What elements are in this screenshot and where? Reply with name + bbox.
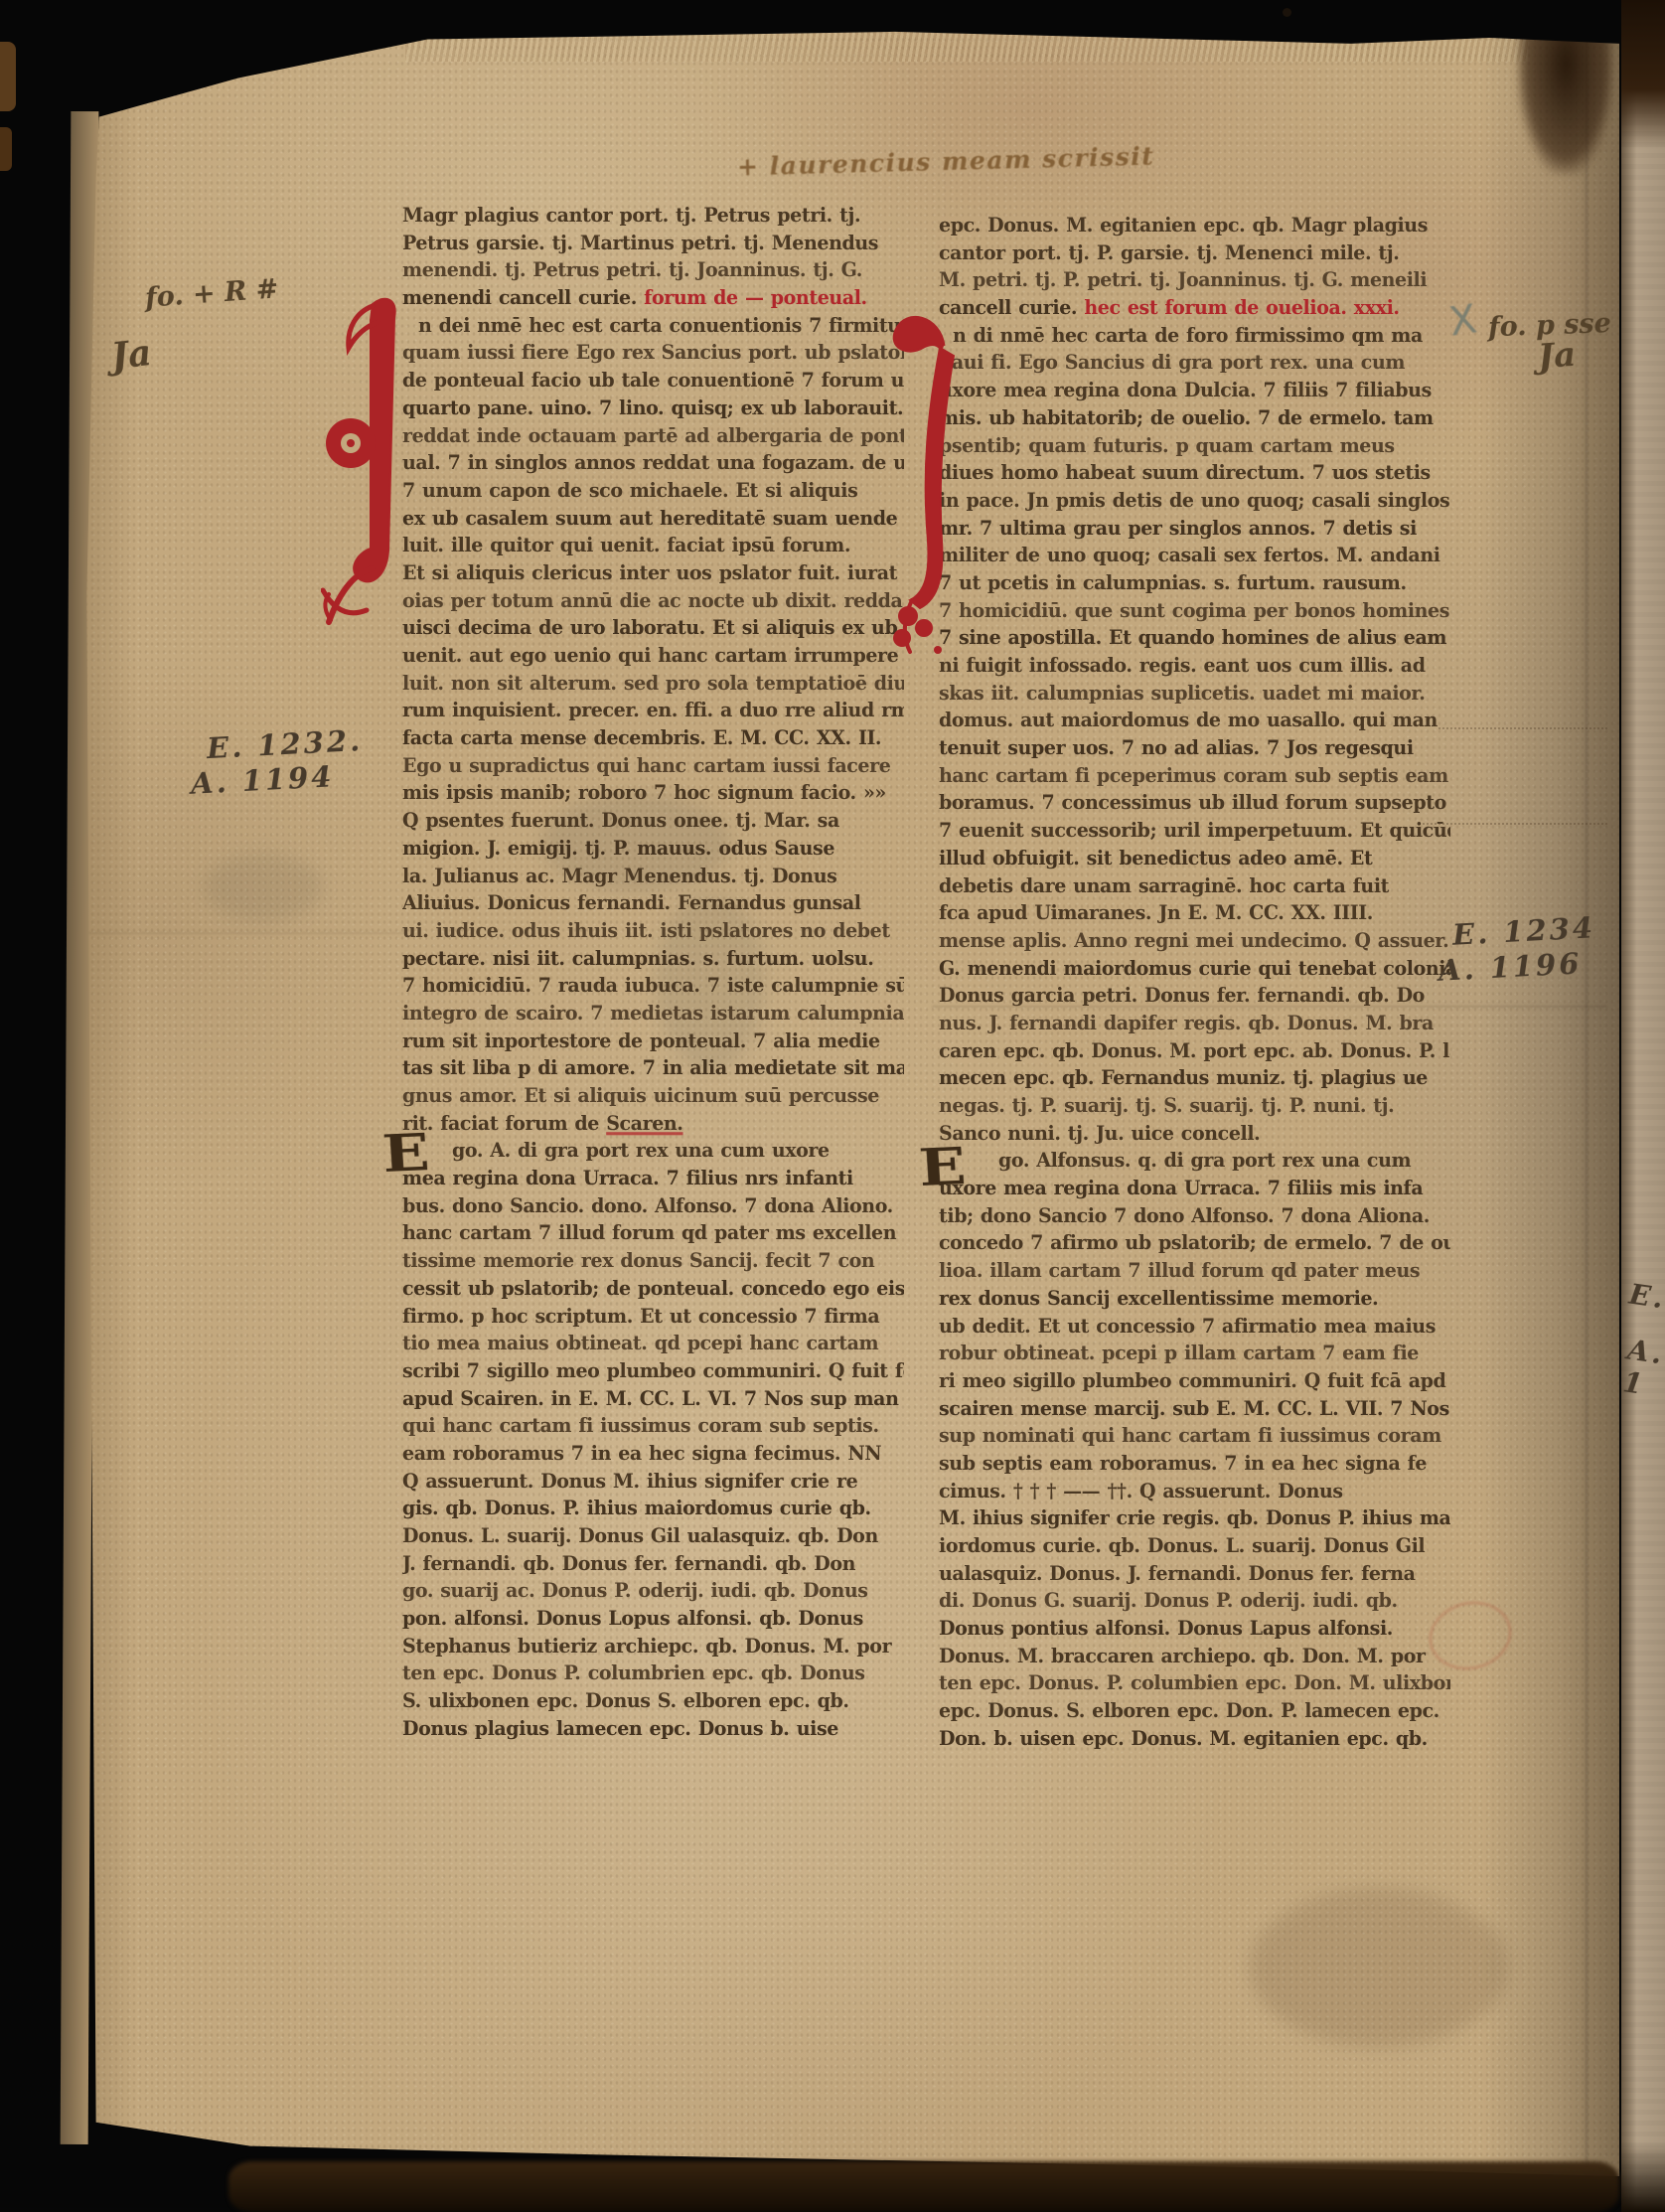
ink-speck <box>1283 8 1291 17</box>
body-ink-text: integro de scairo. 7 medietas istarum ca… <box>402 1003 904 1026</box>
body-ink-text: domus. aut maiordomus de mo uasallo. qui… <box>939 710 1438 732</box>
manuscript-text-line: daui fi. Ego Sancius di gra port rex. un… <box>939 350 1450 379</box>
body-ink-text: qui hanc cartam fi iussimus coram sub se… <box>402 1415 879 1438</box>
manuscript-text-line: ual. 7 in singlos annos reddat una fogaz… <box>402 450 904 479</box>
body-ink-text: debetis dare unam sarraginē. hoc carta f… <box>939 874 1389 897</box>
rubric-red-text: forum de — ponteual. <box>644 287 867 310</box>
manuscript-text-line: mense aplis. Anno regni mei undecimo. Q … <box>939 927 1450 956</box>
manuscript-text-line: debetis dare unam sarraginē. hoc carta f… <box>939 872 1450 901</box>
manuscript-text-line: ten epc. Donus P. columbrien epc. qb. Do… <box>402 1660 904 1689</box>
manuscript-text-line: sub septis eam roboramus. 7 in ea hec si… <box>939 1451 1450 1480</box>
body-ink-text: rum inquisient. precer. en. ffi. a duo r… <box>402 700 904 722</box>
body-ink-text: quarto pane. uino. 7 lino. quisq; ex ub … <box>402 396 903 419</box>
body-ink-text: Q psentes fuerunt. Donus onee. tj. Mar. … <box>402 810 839 833</box>
body-ink-text: J. fernandi. qb. Donus fer. fernandi. qb… <box>402 1552 855 1575</box>
body-ink-text: robur obtineat. pcepi p illam cartam 7 e… <box>939 1343 1419 1365</box>
body-ink-text: Sanco nuni. tj. Ju. uice concell. <box>939 1122 1260 1145</box>
manuscript-text-line: illud obfuigit. sit benedictus adeo amē.… <box>939 845 1450 873</box>
body-ink-text: mense aplis. Anno regni mei undecimo. Q … <box>939 930 1448 953</box>
manuscript-text-line: menendi. tj. Petrus petri. tj. Joanninus… <box>402 257 904 286</box>
manuscript-text-line: Aliuius. Donicus fernandi. Fernandus gun… <box>402 890 904 919</box>
manuscript-text-line: di. Donus G. suarij. Donus P. oderij. iu… <box>939 1588 1450 1617</box>
manuscript-text-line: Stephanus butieriz archiepc. qb. Donus. … <box>402 1633 904 1661</box>
body-ink-text: Donus pontius alfonsi. Donus Lapus alfon… <box>939 1618 1393 1641</box>
manuscript-text-line: epc. Donus. M. egitanien epc. qb. Magr p… <box>939 213 1450 241</box>
manuscript-text-line: Donus plagius lamecen epc. Donus b. uise <box>402 1715 904 1744</box>
text-column-left: Magr plagius cantor port. tj. Petrus pet… <box>402 203 904 1744</box>
manuscript-text-line: tio mea maius obtineat. qd pcepi hanc ca… <box>402 1331 904 1359</box>
anno-date-next-folio: A. 1 <box>1621 1334 1665 1404</box>
body-ink-text: mea regina dona Urraca. 7 filius nrs inf… <box>402 1168 853 1190</box>
body-ink-text: gis. qb. Donus. P. ihius maiordomus curi… <box>402 1498 871 1520</box>
illuminated-initial-I-left <box>321 286 412 628</box>
body-ink-text: fca apud Uimaranes. Jn E. M. CC. XX. III… <box>939 902 1373 925</box>
body-ink-text: ten epc. Donus. P. columbien epc. Don. M… <box>939 1672 1450 1695</box>
manuscript-text-line: Et si aliquis clericus inter uos pslator… <box>402 560 904 589</box>
body-ink-text: tas sit liba p di amore. 7 in alia medie… <box>402 1057 904 1080</box>
manuscript-text-line: rum sit inportestore de ponteual. 7 alia… <box>402 1027 904 1056</box>
manuscript-text-line: Petrus garsie. tj. Martinus petri. tj. M… <box>402 230 904 258</box>
body-ink-text: Ego u supradictus qui hanc cartam iussi … <box>402 754 890 777</box>
body-ink-text: cessit ub pslatorib; de ponteual. conced… <box>402 1277 904 1300</box>
manuscript-text-line: cancell curie. hec est forum de ouelioa.… <box>939 295 1450 324</box>
manuscript-text-line: hanc cartam fi pceperimus coram sub sept… <box>939 762 1450 791</box>
stain-blotch <box>204 853 323 922</box>
body-ink-text: 7 unum capon de sco michaele. Et si aliq… <box>402 480 857 503</box>
next-folio-streaks <box>1621 0 1665 2212</box>
body-ink-text: sub septis eam roboramus. 7 in ea hec si… <box>939 1453 1427 1476</box>
manuscript-text-line: epc. Donus. S. elboren epc. Don. P. lame… <box>939 1698 1450 1727</box>
manuscript-text-line: boramus. 7 concessimus ub illud forum su… <box>939 790 1450 819</box>
manuscript-text-line: Magr plagius cantor port. tj. Petrus pet… <box>402 203 904 232</box>
body-ink-text: mis. ub habitatorib; de ouelio. 7 de erm… <box>939 406 1434 429</box>
manuscript-text-line: M. petri. tj. P. petri. tj. Joanninus. t… <box>939 267 1450 296</box>
manuscript-text-line: ub dedit. Et ut concessio 7 afirmatio me… <box>939 1313 1450 1342</box>
manuscript-text-line: 7 ut pcetis in calumpnias. s. furtum. ra… <box>939 570 1450 599</box>
body-ink-text: lioa. illam cartam 7 illud forum qd pate… <box>939 1260 1420 1283</box>
manuscript-text-line: 7 euenit successorib; uril imperpetuum. … <box>939 818 1450 847</box>
ja-mark-top-left: Ja <box>109 332 154 378</box>
body-ink-text: skas iit. calumpnias suplicetis. uadet m… <box>939 682 1426 705</box>
manuscript-text-line: go. Alfonsus. q. di gra port rex una cum <box>939 1148 1450 1177</box>
body-ink-text: concedo 7 afirmo ub pslatorib; de ermelo… <box>939 1232 1450 1255</box>
manuscript-text-line: S. ulixbonen epc. Donus S. elboren epc. … <box>402 1688 904 1717</box>
body-ink-text: rex donus Sancij excellentissime memorie… <box>939 1287 1378 1310</box>
body-ink-text: G. menendi maiordomus curie qui tenebat … <box>939 957 1450 980</box>
body-ink-text: Donus. L. suarij. Donus Gil ualasquiz. q… <box>402 1525 878 1548</box>
manuscript-text-line: Q psentes fuerunt. Donus onee. tj. Mar. … <box>402 808 904 837</box>
body-ink-text: reddat inde octauam partē ad albergaria … <box>402 424 904 447</box>
manuscript-text-line: migion. J. emigij. tj. P. mauus. odus Sa… <box>402 835 904 864</box>
manuscript-photo-stage: Magr plagius cantor port. tj. Petrus pet… <box>0 0 1665 2212</box>
manuscript-text-line: cantor port. tj. P. garsie. tj. Menenci … <box>939 239 1450 268</box>
manuscript-text-line: J. fernandi. qb. Donus fer. fernandi. qb… <box>402 1550 904 1579</box>
body-ink-text: menendi. tj. Petrus petri. tj. Joanninus… <box>402 259 862 282</box>
manuscript-text-line: 7 homicidiū. 7 rauda iubuca. 7 iste calu… <box>402 973 904 1002</box>
body-ink-text: mecen epc. qb. Fernandus muniz. tj. plag… <box>939 1067 1428 1090</box>
body-ink-text: boramus. 7 concessimus ub illud forum su… <box>939 792 1446 815</box>
manuscript-text-line: uisci decima de uro laboratu. Et si aliq… <box>402 615 904 644</box>
binding-clasp-icon <box>0 127 12 171</box>
manuscript-text-line: mis. ub habitatorib; de ouelio. 7 de erm… <box>939 404 1450 433</box>
body-ink-text: scairen mense marcij. sub E. M. CC. L. V… <box>939 1397 1449 1420</box>
manuscript-text-line: domus. aut maiordomus de mo uasallo. qui… <box>939 708 1450 736</box>
body-ink-text: epc. Donus. M. egitanien epc. qb. Magr p… <box>939 215 1428 237</box>
era-date-next-folio: E. <box>1627 1278 1665 1316</box>
manuscript-text-line: Donus. M. braccaren archiepo. qb. Don. M… <box>939 1643 1450 1671</box>
manuscript-text-line: M. ihius signifer crie regis. qb. Donus … <box>939 1505 1450 1534</box>
manuscript-text-line: ualasquiz. Donus. J. fernandi. Donus fer… <box>939 1560 1450 1589</box>
body-ink-text: M. petri. tj. P. petri. tj. Joanninus. t… <box>939 269 1427 292</box>
body-ink-text: cantor port. tj. P. garsie. tj. Menenci … <box>939 241 1399 264</box>
body-ink-text: rit. faciat forum de <box>402 1112 606 1135</box>
body-ink-text: Don. b. uisen epc. Donus. M. egitanien e… <box>939 1727 1428 1750</box>
body-ink-text: cimus. † † † —— ††. Q assuerunt. Donus <box>939 1480 1343 1502</box>
body-ink-text: Donus. M. braccaren archiepo. qb. Don. M… <box>939 1645 1426 1667</box>
body-ink-text: ri meo sigillo plumbeo communiri. Q fuit… <box>939 1370 1445 1393</box>
manuscript-text-line: in pace. Jn pmis detis de uno quoq; casa… <box>939 487 1450 516</box>
body-ink-text: daui fi. Ego Sancius di gra port rex. un… <box>939 352 1405 375</box>
next-folio-bottom-shadow <box>1621 2142 1665 2212</box>
manuscript-text-line: psentib; quam futuris. p quam cartam meu… <box>939 432 1450 461</box>
manuscript-text-line: 7 sine apostilla. Et quando homines de a… <box>939 625 1450 654</box>
manuscript-text-line: mecen epc. qb. Fernandus muniz. tj. plag… <box>939 1065 1450 1094</box>
body-ink-text: in pace. Jn pmis detis de uno quoq; casa… <box>939 490 1449 513</box>
body-ink-text: menendi cancell curie. <box>402 287 644 310</box>
body-ink-text: nus. J. fernandi dapifer regis. qb. Donu… <box>939 1013 1434 1035</box>
manuscript-text-line: cimus. † † † —— ††. Q assuerunt. Donus <box>939 1478 1450 1506</box>
manuscript-text-line: bus. dono Sancio. dono. Alfonso. 7 dona … <box>402 1192 904 1221</box>
manuscript-text-line: scribi 7 sigillo meo plumbeo communiri. … <box>402 1357 904 1386</box>
manuscript-text-line: de ponteual facio ub tale conuentionē 7 … <box>402 368 904 396</box>
body-ink-text: 7 sine apostilla. Et quando homines de a… <box>939 627 1446 650</box>
body-ink-text: Et si aliquis clericus inter uos pslator… <box>402 562 897 585</box>
manuscript-text-line: menendi cancell curie. forum de — ponteu… <box>402 285 904 314</box>
body-ink-text: uisci decima de uro laboratu. Et si aliq… <box>402 617 897 640</box>
body-ink-text: ub dedit. Et ut concessio 7 afirmatio me… <box>939 1315 1436 1338</box>
ruling-dotted-line <box>1438 727 1607 729</box>
body-ink-text: uxore mea regina dona Urraca. 7 filiis m… <box>939 1178 1423 1200</box>
body-ink-text: go. suarij ac. Donus P. oderij. iudi. qb… <box>402 1580 868 1603</box>
manuscript-text-line: Sanco nuni. tj. Ju. uice concell. <box>939 1120 1450 1149</box>
body-ink-text: Q assuerunt. Donus M. ihius signifer cri… <box>402 1470 857 1493</box>
manuscript-text-line: cessit ub pslatorib; de ponteual. conced… <box>402 1275 904 1304</box>
body-ink-text: illud obfuigit. sit benedictus adeo amē.… <box>939 847 1372 869</box>
body-ink-text: hanc cartam 7 illud forum qd pater ms ex… <box>402 1222 896 1245</box>
manuscript-text-line: Q assuerunt. Donus M. ihius signifer cri… <box>402 1468 904 1497</box>
initial-E-ego-left: E <box>380 1122 431 1185</box>
body-ink-text: diues homo habeat suum directum. 7 uos s… <box>939 462 1431 485</box>
initial-E-ego-right: E <box>917 1136 968 1198</box>
next-folio-sliver <box>1621 0 1665 2212</box>
manuscript-text-line: eam roboramus 7 in ea hec signa fecimus.… <box>402 1441 904 1470</box>
manuscript-text-line: ri meo sigillo plumbeo communiri. Q fuit… <box>939 1367 1450 1396</box>
body-ink-text: eam roboramus 7 in ea hec signa fecimus.… <box>402 1443 881 1466</box>
manuscript-text-line: n di nmē hec carta de foro firmissimo qm… <box>939 322 1450 351</box>
body-ink-text: luit. non sit alterum. sed pro sola temp… <box>402 672 904 695</box>
body-ink-text: ual. 7 in singlos annos reddat una fogaz… <box>402 452 904 475</box>
body-ink-text: di. Donus G. suarij. Donus P. oderij. iu… <box>939 1590 1398 1613</box>
manuscript-text-line: uxore mea regina dona Urraca. 7 filiis m… <box>939 1176 1450 1204</box>
body-ink-text: migion. J. emigij. tj. P. mauus. odus Sa… <box>402 837 834 860</box>
manuscript-text-line: Donus garcia petri. Donus fer. fernandi.… <box>939 983 1450 1012</box>
manuscript-text-line: quarto pane. uino. 7 lino. quisq; ex ub … <box>402 395 904 423</box>
illuminated-initial-I-right <box>882 302 964 656</box>
body-ink-text: tib; dono Sancio 7 dono Alfonso. 7 dona … <box>939 1204 1430 1227</box>
manuscript-text-line: fca apud Uimaranes. Jn E. M. CC. XX. III… <box>939 900 1450 929</box>
manuscript-text-line: 7 unum capon de sco michaele. Et si aliq… <box>402 477 904 506</box>
body-ink-text: Donus plagius lamecen epc. Donus b. uise <box>402 1717 838 1740</box>
body-ink-text: bus. dono Sancio. dono. Alfonso. 7 dona … <box>402 1194 893 1217</box>
manuscript-text-line: nus. J. fernandi dapifer regis. qb. Donu… <box>939 1011 1450 1039</box>
manuscript-text-line: uxore mea regina dona Dulcia. 7 filiis 7… <box>939 378 1450 406</box>
body-ink-text: facta carta mense decembris. E. M. CC. X… <box>402 727 881 750</box>
manuscript-text-line: pon. alfonsi. Donus Lopus alfonsi. qb. D… <box>402 1606 904 1635</box>
body-ink-text: mr. 7 ultima grau per singlos annos. 7 d… <box>939 517 1417 540</box>
body-ink-text: Aliuius. Donicus fernandi. Fernandus gun… <box>402 892 861 915</box>
book-bottom-edge <box>228 2161 1619 2212</box>
body-ink-text: rum sit inportestore de ponteual. 7 alia… <box>402 1029 880 1052</box>
manuscript-text-line: go. A. di gra port rex una cum uxore <box>402 1138 904 1167</box>
body-ink-text: ten epc. Donus P. columbrien epc. qb. Do… <box>402 1662 865 1685</box>
manuscript-text-line: tissime memorie rex donus Sancij. fecit … <box>402 1248 904 1277</box>
body-ink-text: tio mea maius obtineat. qd pcepi hanc ca… <box>402 1333 878 1355</box>
body-ink-text: n dei nmē hec est carta conuentionis 7 f… <box>418 314 904 337</box>
body-ink-text: go. Alfonsus. q. di gra port rex una cum <box>998 1150 1411 1173</box>
manuscript-text-line: iordomus curie. qb. Donus. L. suarij. Do… <box>939 1533 1450 1562</box>
body-ink-text: 7 euenit successorib; uril imperpetuum. … <box>939 820 1450 843</box>
body-ink-text: tissime memorie rex donus Sancij. fecit … <box>402 1250 874 1273</box>
body-ink-text: Donus garcia petri. Donus fer. fernandi.… <box>939 985 1425 1008</box>
manuscript-text-line: n dei nmē hec est carta conuentionis 7 f… <box>402 312 904 341</box>
manuscript-text-line: militer de uno quoq; casali sex fertos. … <box>939 543 1450 571</box>
gutter-top-dark-patch <box>1518 0 1613 174</box>
text-column-right: epc. Donus. M. egitanien epc. qb. Magr p… <box>939 213 1450 1754</box>
manuscript-text-line: tenuit super uos. 7 no ad alias. 7 Jos r… <box>939 735 1450 764</box>
body-ink-text: n di nmē hec carta de foro firmissimo qm… <box>953 324 1423 347</box>
manuscript-text-line: 7 homicidiū. que sunt cogima per bonos h… <box>939 597 1450 626</box>
body-ink-text: psentib; quam futuris. p quam cartam meu… <box>939 434 1395 457</box>
manuscript-text-line: gis. qb. Donus. P. ihius maiordomus curi… <box>402 1496 904 1524</box>
body-ink-text: epc. Donus. S. elboren epc. Don. P. lame… <box>939 1700 1439 1723</box>
manuscript-text-line: go. suarij ac. Donus P. oderij. iudi. qb… <box>402 1578 904 1607</box>
body-ink-text: uxore mea regina dona Dulcia. 7 filiis 7… <box>939 380 1432 402</box>
manuscript-text-line: tas sit liba p di amore. 7 in alia medie… <box>402 1055 904 1084</box>
manuscript-text-line: skas iit. calumpnias suplicetis. uadet m… <box>939 680 1450 709</box>
body-ink-text: 7 homicidiū. 7 rauda iubuca. 7 iste calu… <box>402 975 904 998</box>
manuscript-text-line: negas. tj. P. suarij. tj. S. suarij. tj.… <box>939 1093 1450 1122</box>
manuscript-text-line: rex donus Sancij excellentissime memorie… <box>939 1285 1450 1314</box>
body-ink-text: ex ub casalem suum aut hereditatē suam u… <box>402 507 904 530</box>
body-ink-text: uenit. aut ego uenio qui hanc cartam irr… <box>402 645 904 668</box>
manuscript-text-line: gnus amor. Et si aliquis uicinum suū per… <box>402 1083 904 1112</box>
manuscript-text-line: facta carta mense decembris. E. M. CC. X… <box>402 725 904 754</box>
manuscript-text-line: ex ub casalem suum aut hereditatē suam u… <box>402 505 904 534</box>
manuscript-text-line: Donus pontius alfonsi. Donus Lapus alfon… <box>939 1616 1450 1645</box>
manuscript-text-line: integro de scairo. 7 medietas istarum ca… <box>402 1001 904 1029</box>
body-ink-text: hanc cartam fi pceperimus coram sub sept… <box>939 764 1450 787</box>
body-ink-text: Stephanus butieriz archiepc. qb. Donus. … <box>402 1635 891 1658</box>
gutter-fold-line <box>1586 40 1588 2166</box>
body-ink-text: tenuit super uos. 7 no ad alias. 7 Jos r… <box>939 737 1414 760</box>
body-ink-text: mis ipsis manib; roboro 7 hoc signum fac… <box>402 782 886 805</box>
body-ink-text: apud Scairen. in E. M. CC. L. VI. 7 Nos … <box>402 1387 899 1410</box>
manuscript-text-line: scairen mense marcij. sub E. M. CC. L. V… <box>939 1395 1450 1424</box>
body-ink-text: caren epc. qb. Donus. M. port epc. ab. D… <box>939 1039 1450 1062</box>
body-ink-text: pon. alfonsi. Donus Lopus alfonsi. qb. D… <box>402 1608 863 1631</box>
manuscript-text-line: luit. ille quitor qui uenit. faciat ipsū… <box>402 533 904 561</box>
body-ink-text: luit. ille quitor qui uenit. faciat ipsū… <box>402 535 850 557</box>
body-ink-text: sup nominati qui hanc cartam fi iussimus… <box>939 1425 1441 1448</box>
deckled-top-edge <box>405 28 1528 62</box>
body-ink-text: negas. tj. P. suarij. tj. S. suarij. tj.… <box>939 1095 1394 1118</box>
body-ink-text: go. A. di gra port rex una cum uxore <box>452 1140 830 1163</box>
manuscript-text-line: apud Scairen. in E. M. CC. L. VI. 7 Nos … <box>402 1385 904 1414</box>
body-ink-text: Petrus garsie. tj. Martinus petri. tj. M… <box>402 232 878 254</box>
manuscript-text-line: Donus. L. suarij. Donus Gil ualasquiz. q… <box>402 1523 904 1552</box>
body-ink-text: quam iussi fiere Ego rex Sancius port. u… <box>402 342 904 365</box>
manuscript-text-line: diues homo habeat suum directum. 7 uos s… <box>939 460 1450 489</box>
manuscript-text-line: luit. non sit alterum. sed pro sola temp… <box>402 670 904 699</box>
body-ink-text: de ponteual facio ub tale conuentionē 7 … <box>402 370 904 393</box>
manuscript-text-line: qui hanc cartam fi iussimus coram sub se… <box>402 1413 904 1442</box>
ja-mark-top-right: Ja <box>1537 335 1578 378</box>
manuscript-text-line: ten epc. Donus. P. columbien epc. Don. M… <box>939 1670 1450 1699</box>
manuscript-text-line: concedo 7 afirmo ub pslatorib; de ermelo… <box>939 1230 1450 1259</box>
manuscript-text-line: robur obtineat. pcepi p illam cartam 7 e… <box>939 1341 1450 1369</box>
body-ink-text: S. ulixbonen epc. Donus S. elboren epc. … <box>402 1690 849 1713</box>
body-ink-text: Magr plagius cantor port. tj. Petrus pet… <box>402 205 860 228</box>
body-ink-text: Scaren. <box>606 1112 682 1135</box>
next-folio-top-shadow <box>1621 0 1665 149</box>
manuscript-text-line: reddat inde octauam partē ad albergaria … <box>402 422 904 451</box>
body-ink-text: pectare. nisi iit. calumpnias. s. furtum… <box>402 947 873 970</box>
manuscript-text-line: G. menendi maiordomus curie qui tenebat … <box>939 955 1450 984</box>
manuscript-text-line: quam iussi fiere Ego rex Sancius port. u… <box>402 340 904 369</box>
manuscript-text-line: mr. 7 ultima grau per singlos annos. 7 d… <box>939 515 1450 544</box>
manuscript-text-line: uenit. aut ego uenio qui hanc cartam irr… <box>402 643 904 672</box>
rubric-red-text: hec est forum de ouelioa. xxxi. <box>1084 297 1399 320</box>
binding-clasp-icon <box>0 42 16 111</box>
manuscript-text-line: mea regina dona Urraca. 7 filius nrs inf… <box>402 1166 904 1194</box>
manuscript-text-line: mis ipsis manib; roboro 7 hoc signum fac… <box>402 780 904 809</box>
body-ink-text: la. Julianus ac. Magr Menendus. tj. Donu… <box>402 865 836 887</box>
manuscript-text-line: firmo. p hoc scriptum. Et ut concessio 7… <box>402 1303 904 1332</box>
manuscript-text-line: sup nominati qui hanc cartam fi iussimus… <box>939 1423 1450 1452</box>
manuscript-text-line: caren epc. qb. Donus. M. port epc. ab. D… <box>939 1037 1450 1066</box>
manuscript-text-line: oias per totum annū die ac nocte ub dixi… <box>402 587 904 616</box>
body-ink-text: iordomus curie. qb. Donus. L. suarij. Do… <box>939 1535 1425 1558</box>
manuscript-text-line: hanc cartam 7 illud forum qd pater ms ex… <box>402 1220 904 1249</box>
body-ink-text: 7 ut pcetis in calumpnias. s. furtum. ra… <box>939 572 1407 595</box>
manuscript-text-line: Don. b. uisen epc. Donus. M. egitanien e… <box>939 1725 1450 1754</box>
body-ink-text: oias per totum annū die ac nocte ub dixi… <box>402 589 902 612</box>
manuscript-text-line: Ego u supradictus qui hanc cartam iussi … <box>402 752 904 781</box>
body-ink-text: M. ihius signifer crie regis. qb. Donus … <box>939 1507 1450 1530</box>
body-ink-text: ni fuigit infossado. regis. eant uos cum… <box>939 655 1426 678</box>
manuscript-text-line: pectare. nisi iit. calumpnias. s. furtum… <box>402 945 904 974</box>
manuscript-text-line: rum inquisient. precer. en. ffi. a duo r… <box>402 698 904 726</box>
body-ink-text: gnus amor. Et si aliquis uicinum suū per… <box>402 1085 879 1108</box>
body-ink-text: militer de uno quoq; casali sex fertos. … <box>939 545 1440 567</box>
crease-line <box>87 932 405 934</box>
manuscript-text-line: lioa. illam cartam 7 illud forum qd pate… <box>939 1258 1450 1287</box>
body-ink-text: firmo. p hoc scriptum. Et ut concessio 7… <box>402 1305 879 1328</box>
manuscript-text-line: ni fuigit infossado. regis. eant uos cum… <box>939 653 1450 682</box>
body-ink-text: scribi 7 sigillo meo plumbeo communiri. … <box>402 1360 904 1383</box>
manuscript-text-line: ui. iudice. odus ihuis iit. isti pslator… <box>402 917 904 946</box>
body-ink-text: ui. iudice. odus ihuis iit. isti pslator… <box>402 920 890 943</box>
manuscript-text-line: tib; dono Sancio 7 dono Alfonso. 7 dona … <box>939 1202 1450 1231</box>
body-ink-text: ualasquiz. Donus. J. fernandi. Donus fer… <box>939 1562 1416 1585</box>
body-ink-text: 7 homicidiū. que sunt cogima per bonos h… <box>939 599 1450 622</box>
stain-blotch <box>1250 1888 1508 2047</box>
manuscript-text-line: la. Julianus ac. Magr Menendus. tj. Donu… <box>402 863 904 891</box>
manuscript-text-line: rit. faciat forum de Scaren. <box>402 1110 904 1139</box>
